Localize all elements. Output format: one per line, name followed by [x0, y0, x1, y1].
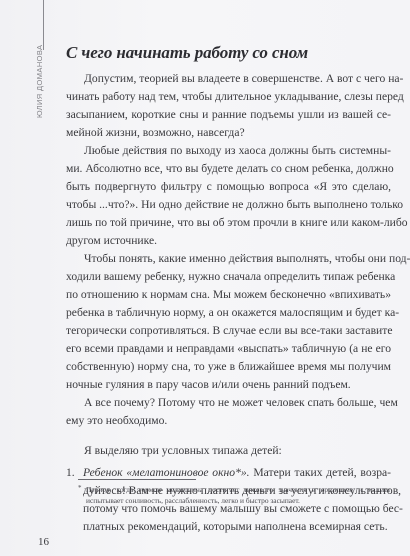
text-line: тегорически сопротивляться. В случае есл…	[66, 322, 391, 340]
paragraph: А все почему? Потому что не может челове…	[66, 394, 391, 430]
text-line: платных рекомендаций, которыми наполнена…	[83, 518, 391, 536]
footnote: * Период, когда гормон мелатонина достиг…	[78, 484, 390, 506]
text-line: Допустим, теорией вы владеете в совершен…	[66, 70, 391, 88]
list-term: Ребенок «мелатониновое окно*».	[83, 466, 250, 479]
margin-rule	[43, 0, 44, 50]
text-line: чтобы ...что?». Ни одно действие не долж…	[66, 196, 391, 214]
text-line: чинать работу над тем, чтобы длительное …	[66, 88, 391, 106]
text-line: по отношению к нормам сна. Мы можем беск…	[66, 286, 391, 304]
text-line: ходили вашему ребенку, нужно сначала опр…	[66, 268, 391, 286]
footnote-line: Период, когда гормон мелатонина достигае…	[86, 484, 390, 495]
book-page: ЮЛИЯ ДОМАНОВА С чего начинать работу со …	[0, 0, 410, 556]
text-line: мейной жизни, возможно, навсегда?	[66, 124, 391, 142]
text-line: ночные гуляния в пару часов и/или очень …	[66, 376, 391, 394]
paragraph: Любые действия по выходу из хаоса должны…	[66, 142, 391, 250]
text-line: его всеми правдами и неправдами «выспать…	[66, 340, 391, 358]
text-line: другом источнике.	[66, 232, 391, 250]
text-line: засыпанием, короткие сны и ранние подъем…	[66, 106, 391, 124]
text-line: собственную) норму сна, то уже в ближайш…	[66, 358, 391, 376]
section-title: С чего начинать работу со сном	[66, 43, 308, 63]
body-text: Допустим, теорией вы владеете в совершен…	[66, 70, 391, 536]
paragraph: Чтобы понять, какие именно действия выпо…	[66, 250, 391, 394]
text-line: Любые действия по выходу из хаоса должны…	[66, 142, 391, 160]
footnote-rule	[78, 479, 196, 480]
text-line: ребенка в табличную норму, а он окажется…	[66, 304, 391, 322]
list-number: 1.	[66, 464, 75, 482]
text-line: А все почему? Потому что не может челове…	[66, 394, 391, 412]
running-header-author: ЮЛИЯ ДОМАНОВА	[35, 45, 44, 118]
paragraph: Допустим, теорией вы владеете в совершен…	[66, 70, 391, 142]
paragraph: Я выделяю три условных типажа детей:	[66, 442, 391, 460]
text-line: быть подвергнуто фильтру с помощью вопро…	[66, 178, 391, 196]
footnote-line: испытывает сонливость, расслабленность, …	[86, 495, 390, 506]
text-line: ми. Абсолютно все, что вы будете делать …	[66, 160, 391, 178]
page-number: 16	[38, 536, 49, 548]
footnote-mark: *	[78, 483, 82, 494]
list-text: Матери таких детей, возра-	[250, 466, 391, 479]
text-line: ему это необходимо.	[66, 412, 391, 430]
text-line: Я выделяю три условных типажа детей:	[66, 442, 391, 460]
text-line: Чтобы понять, какие именно действия выпо…	[66, 250, 391, 268]
text-line: лишь по той причине, что вы об этом проч…	[66, 214, 391, 232]
